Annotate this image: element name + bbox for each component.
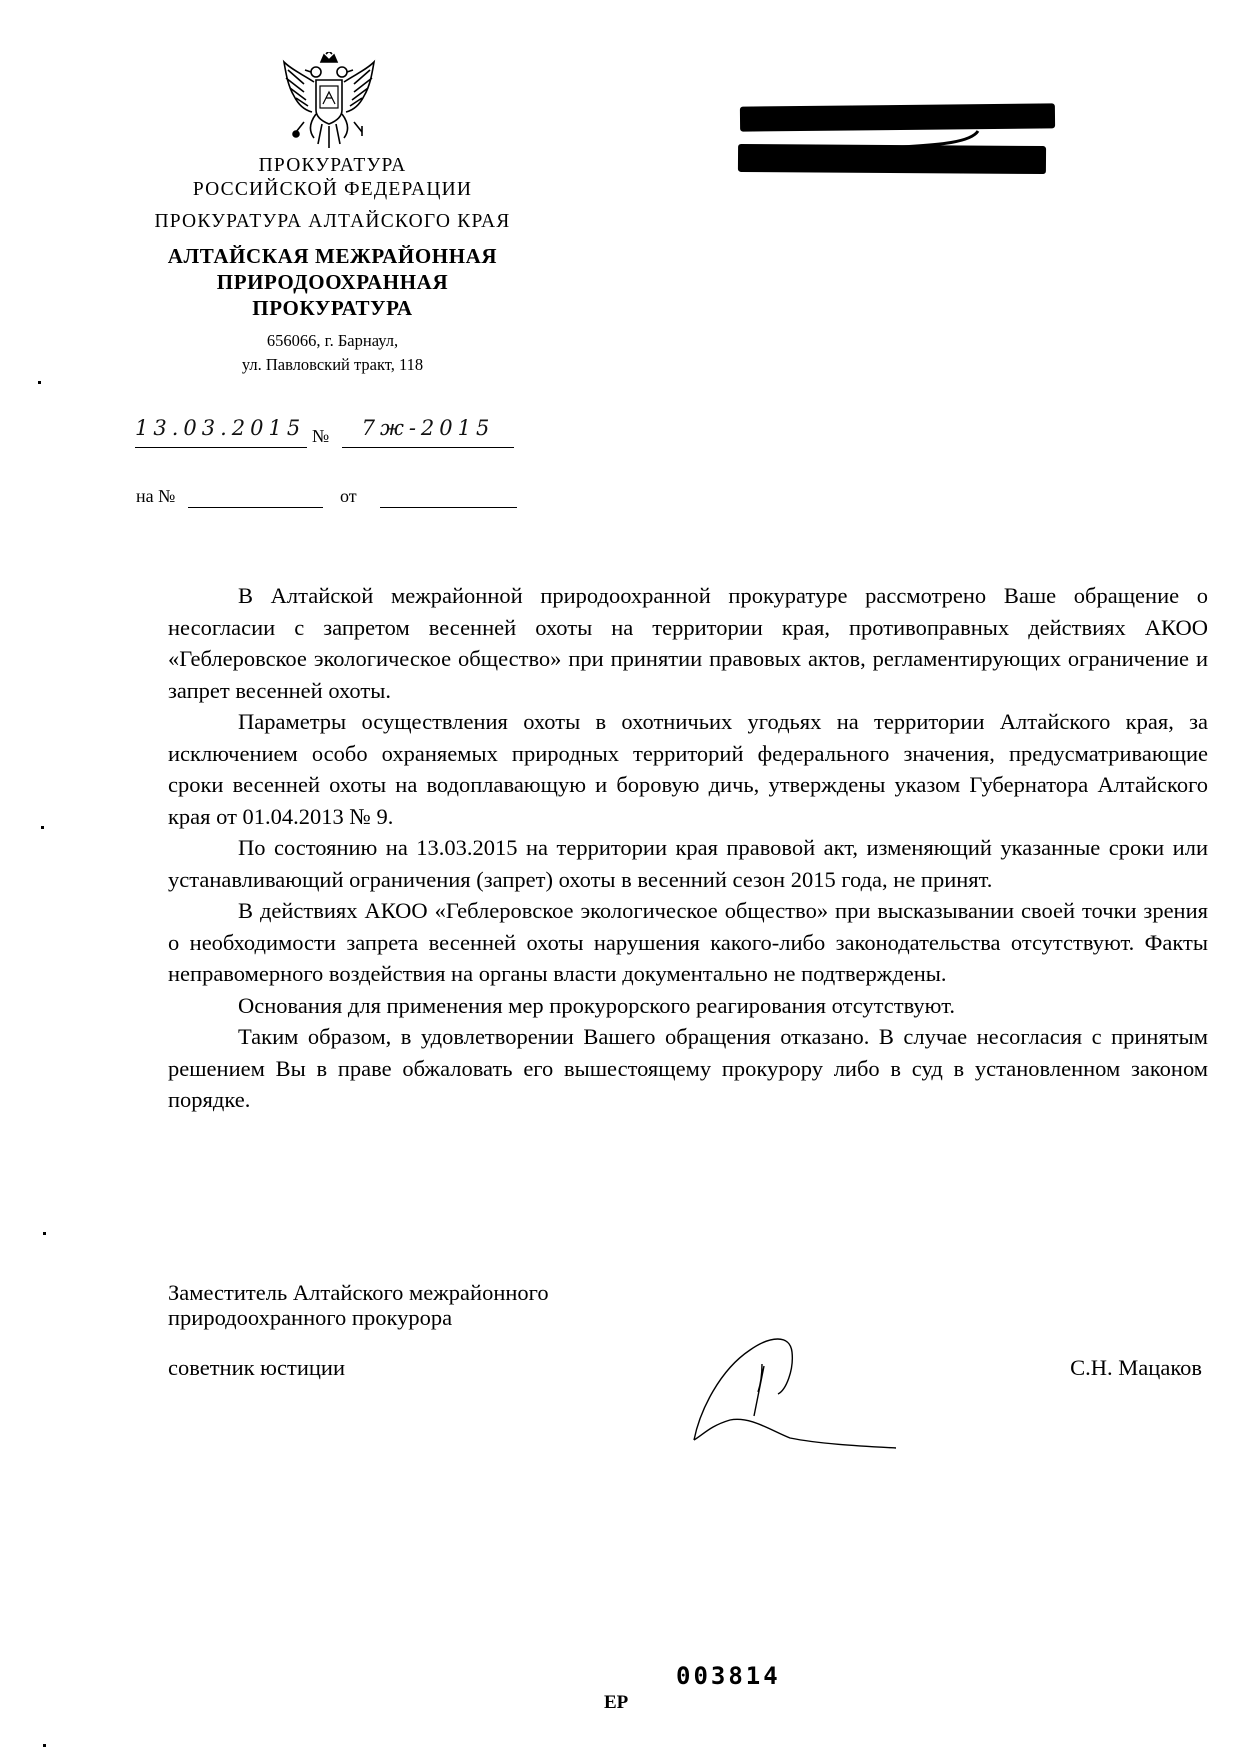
from-label: от xyxy=(340,486,357,507)
signatory-position-line-1: Заместитель Алтайского межрайонного xyxy=(168,1280,549,1305)
letterhead-line-prosecutor: ПРОКУРАТУРА xyxy=(120,154,545,178)
body-paragraph-6: Таким образом, в удовлетворении Вашего о… xyxy=(168,1021,1208,1116)
body-paragraph-2: Параметры осуществления охоты в охотничь… xyxy=(168,706,1208,832)
org-name-line-1: АЛТАЙСКАЯ МЕЖРАЙОННАЯ xyxy=(120,244,545,269)
number-label: № xyxy=(312,426,329,447)
letterhead-line-altai-prosecutor: ПРОКУРАТУРА АЛТАЙСКОГО КРАЯ xyxy=(120,210,545,234)
redacted-recipient xyxy=(738,95,1058,175)
signatory-rank: советник юстиции xyxy=(168,1355,345,1380)
letter-body: В Алтайской межрайонной природоохранной … xyxy=(168,580,1208,1116)
org-name-line-2: ПРИРОДООХРАННАЯ xyxy=(120,270,545,295)
letterhead-line-russian-federation: РОССИЙСКОЙ ФЕДЕРАЦИИ xyxy=(120,178,545,202)
scan-mark xyxy=(41,826,44,829)
body-paragraph-5: Основания для применения мер прокурорско… xyxy=(168,990,1208,1022)
address-line-1: 656066, г. Барнаул, xyxy=(120,330,545,351)
reply-to-number-underline xyxy=(188,507,323,508)
number-underline xyxy=(342,447,514,448)
outgoing-number-value: 7ж-2015 xyxy=(362,416,495,440)
outgoing-date-field: 13.03.2015 xyxy=(135,416,307,440)
signatory-position-line-2: природоохранного прокурора xyxy=(168,1305,452,1330)
body-paragraph-1: В Алтайской межрайонной природоохранной … xyxy=(168,580,1208,706)
org-name-line-3: ПРОКУРАТУРА xyxy=(120,296,545,321)
address-line-2: ул. Павловский тракт, 118 xyxy=(120,354,545,375)
scan-mark xyxy=(43,1744,46,1747)
outgoing-date-value: 13.03.2015 xyxy=(135,416,305,440)
scan-mark xyxy=(38,381,41,384)
form-series: ЕР xyxy=(604,1692,628,1714)
body-paragraph-4: В действиях АКОО «Геблеровское экологиче… xyxy=(168,895,1208,990)
outgoing-number-field: 7ж-2015 xyxy=(342,416,514,440)
handwritten-signature-icon xyxy=(690,1330,900,1455)
signatory-name: С.Н. Мацаков xyxy=(1070,1355,1202,1380)
state-emblem-icon xyxy=(274,52,384,150)
from-date-underline xyxy=(380,507,517,508)
form-serial-number: 003814 xyxy=(676,1662,781,1690)
date-underline xyxy=(135,447,307,448)
scan-mark xyxy=(43,1232,46,1235)
body-paragraph-3: По состоянию на 13.03.2015 на территории… xyxy=(168,832,1208,895)
reply-to-label: на № xyxy=(136,486,175,507)
